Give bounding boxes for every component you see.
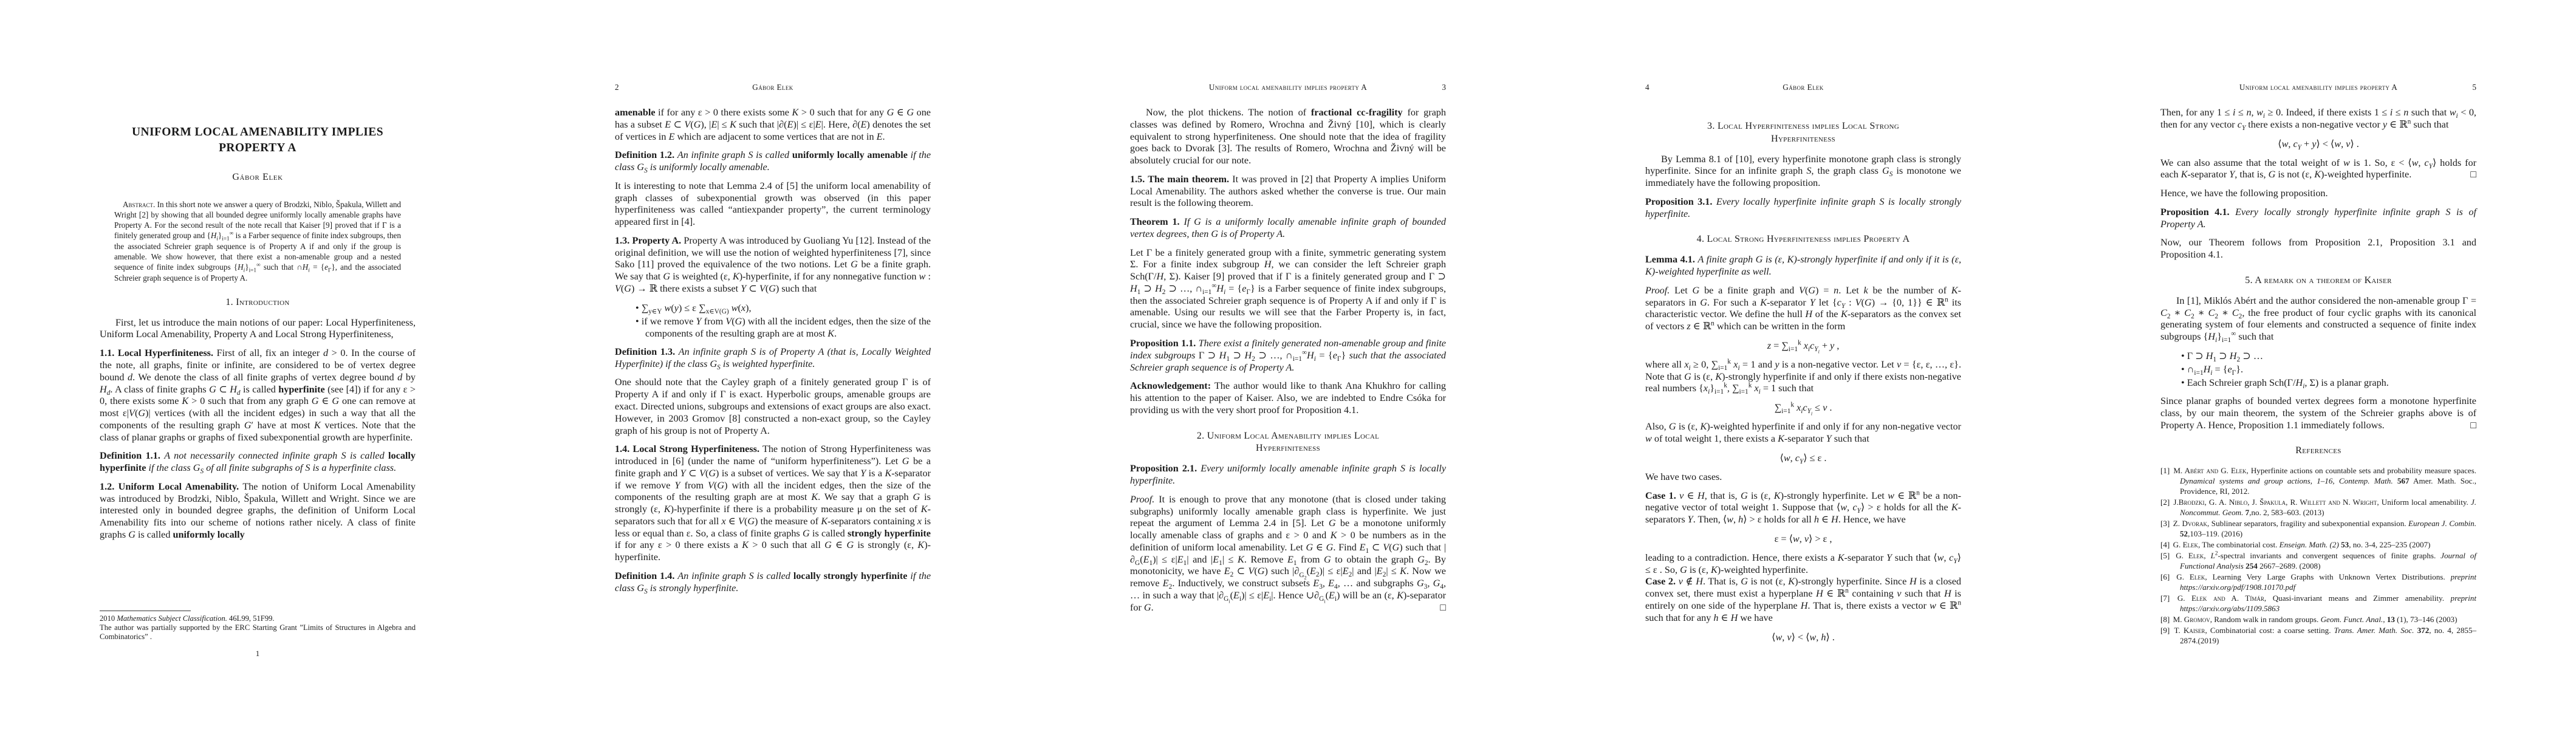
footnote: 2010 Mathematics Subject Classification.… xyxy=(100,611,416,642)
page-number xyxy=(1934,83,1961,91)
reference-label: [4] xyxy=(2160,540,2171,549)
qed-box: □ xyxy=(2470,420,2476,432)
paragraph: One should note that the Cayley graph of… xyxy=(615,377,931,437)
page-content: UNIFORM LOCAL AMENABILITY IMPLIESPROPERT… xyxy=(0,0,515,541)
page-content: 3. Local Hyperfiniteness implies Local S… xyxy=(1546,0,2061,644)
reference-label: [2] xyxy=(2160,498,2171,507)
paragraph: amenable if for any ε > 0 there exists s… xyxy=(615,107,931,143)
display-formula: ⟨w, cY + y⟩ < ⟨w, v⟩ . xyxy=(2160,138,2476,151)
paragraph: leading to a contradiction. Hence, there… xyxy=(1645,552,1961,625)
page-number: 2 xyxy=(615,83,642,91)
reference-item: [8] M. Gromov, Random walk in random gro… xyxy=(2160,614,2476,625)
reference-label: [8] xyxy=(2160,615,2171,624)
reference-label: [6] xyxy=(2160,572,2171,581)
reference-item: [6] G. Elek, Learning Very Large Graphs … xyxy=(2160,572,2476,592)
section-heading: 1. Introduction xyxy=(100,296,416,309)
paragraph: 1.5. The main theorem. It was proved in … xyxy=(1130,174,1446,210)
page-number: 5 xyxy=(2450,83,2476,91)
page-content: Then, for any 1 ≤ i ≤ n, wi ≥ 0. Indeed,… xyxy=(2061,0,2576,646)
page-number: 3 xyxy=(1419,83,1446,91)
bullet-list: ∑y∈Y w(y) ≤ ε ∑x∈V(G) w(x),if we remove … xyxy=(635,302,931,340)
paragraph: Lemma 4.1. A finite graph G is (ε, K)-st… xyxy=(1645,254,1961,278)
page-1: UNIFORM LOCAL AMENABILITY IMPLIESPROPERT… xyxy=(0,0,515,729)
paragraph: It is interesting to note that Lemma 2.4… xyxy=(615,180,931,228)
list-item: Each Schreier graph Sch(Γ/Hi, Σ) is a pl… xyxy=(2181,377,2476,389)
list-item: if we remove Y from V(G) with all the in… xyxy=(635,315,931,340)
paragraph: Definition 1.2. An infinite graph S is c… xyxy=(615,149,931,174)
paragraph: Proposition 3.1. Every locally hyperfini… xyxy=(1645,196,1961,221)
page-header: 2Gábor Elek xyxy=(615,83,931,91)
abstract: Abstract. In this short note we answer a… xyxy=(114,199,401,283)
display-formula: z = ∑i=1k xicYi + y , xyxy=(1645,340,1961,352)
paragraph: We have two cases. xyxy=(1645,471,1961,484)
page-header: 4Gábor Elek xyxy=(1645,83,1961,91)
page-3: Uniform local amenability implies proper… xyxy=(1030,0,1546,729)
reference-label: [9] xyxy=(2160,626,2171,635)
page-number xyxy=(904,83,931,91)
page-number-bottom: 1 xyxy=(0,649,515,659)
page-number xyxy=(1130,83,1157,91)
reference-item: [3] Z. Dvorak, Sublinear separators, fra… xyxy=(2160,518,2476,539)
page-2: 2Gábor Elekamenable if for any ε > 0 the… xyxy=(515,0,1030,729)
paragraph: Theorem 1. If G is a uniformly locally a… xyxy=(1130,216,1446,241)
paragraph: Proof. Let G be a finite graph and V(G) … xyxy=(1645,285,1961,333)
paragraph: 1.4. Local Strong Hyperfiniteness. The n… xyxy=(615,443,931,564)
paper-multipage-view: { "watermark": "arXiv:1912.00806v3 [math… xyxy=(0,0,2576,729)
qed-box: □ xyxy=(2470,169,2476,181)
paragraph: 1.1. Local Hyperfiniteness. First of all… xyxy=(100,347,416,443)
paragraph: Case 1. v ∈ H, that is, G is (ε, K)-stro… xyxy=(1645,490,1961,526)
paragraph: Now, our Theorem follows from Propositio… xyxy=(2160,237,2476,261)
display-formula: ⟨w, cY⟩ ≤ ε . xyxy=(1645,452,1961,465)
reference-item: [7] G. Elek and A. Tímár, Quasi-invarian… xyxy=(2160,593,2476,614)
paragraph: In [1], Miklós Abért and the author cons… xyxy=(2160,295,2476,343)
reference-label: [7] xyxy=(2160,594,2171,603)
reference-item: [5] G. Elek, L2-spectral invariants and … xyxy=(2160,550,2476,571)
paragraph: 1.2. Uniform Local Amenability. The noti… xyxy=(100,481,416,541)
page-4: 4Gábor Elek3. Local Hyperfiniteness impl… xyxy=(1546,0,2061,729)
paragraph: where all xi ≥ 0, ∑i=1k xi = 1 and y is … xyxy=(1645,359,1961,395)
paragraph: Since planar graphs of bounded vertex de… xyxy=(2160,395,2476,431)
reference-item: [9] T. Kaiser, Combinatorial cost: a coa… xyxy=(2160,625,2476,646)
page-header: Uniform local amenability implies proper… xyxy=(2160,83,2476,91)
paper-title: UNIFORM LOCAL AMENABILITY IMPLIESPROPERT… xyxy=(100,125,416,157)
running-head: Gábor Elek xyxy=(642,83,904,91)
running-head: Gábor Elek xyxy=(1672,83,1934,91)
list-item: ∩i=1Hi = {eΓ}. xyxy=(2181,363,2476,375)
display-formula: ∑i=1k xicYi ≤ v . xyxy=(1645,402,1961,414)
author-name: Gábor Elek xyxy=(100,172,416,183)
page-header: Uniform local amenability implies proper… xyxy=(1130,83,1446,91)
running-head: Uniform local amenability implies proper… xyxy=(1157,83,1419,91)
section-heading: 3. Local Hyperfiniteness implies Local S… xyxy=(1645,120,1961,146)
paragraph: We can also assume that the total weight… xyxy=(2160,157,2476,182)
reference-label: [5] xyxy=(2160,551,2171,560)
paragraph: Also, G is (ε, K)-weighted hyperfinite i… xyxy=(1645,421,1961,445)
display-formula: ⟨w, v⟩ < ⟨w, h⟩ . xyxy=(1645,631,1961,644)
paragraph: Acknowledgement: The author would like t… xyxy=(1130,380,1446,416)
paragraph: Definition 1.1. A not necessarily connec… xyxy=(100,450,416,474)
running-head: Uniform local amenability implies proper… xyxy=(2187,83,2450,91)
reference-item: [4] G. Elek, The combinatorial cost. Ens… xyxy=(2160,539,2476,550)
reference-label: [3] xyxy=(2160,519,2171,528)
page-number xyxy=(2160,83,2187,91)
paragraph: Proposition 1.1. There exist a finitely … xyxy=(1130,338,1446,374)
page-number: 4 xyxy=(1645,83,1672,91)
paragraph: By Lemma 8.1 of [10], every hyperfinite … xyxy=(1645,154,1961,190)
paragraph: Definition 1.4. An infinite graph S is c… xyxy=(615,570,931,595)
paragraph: First, let us introduce the main notions… xyxy=(100,317,416,341)
list-item: ∑y∈Y w(y) ≤ ε ∑x∈V(G) w(x), xyxy=(635,302,931,314)
paragraph: Now, the plot thickens. The notion of fr… xyxy=(1130,107,1446,167)
section-heading: 5. A remark on a theorem of Kaiser xyxy=(2160,275,2476,287)
paragraph: Let Γ be a finitely generated group with… xyxy=(1130,247,1446,331)
reference-label: [1] xyxy=(2160,466,2171,475)
paragraph: Definition 1.3. An infinite graph S is o… xyxy=(615,346,931,371)
reference-item: [2] J.Brodzki, G. A. Niblo, J. Špakula, … xyxy=(2160,497,2476,518)
page-content: Now, the plot thickens. The notion of fr… xyxy=(1030,0,1546,614)
paragraph: 1.3. Property A. Property A was introduc… xyxy=(615,235,931,295)
paragraph: Proof. It is enough to prove that any mo… xyxy=(1130,494,1446,614)
page-5: Uniform local amenability implies proper… xyxy=(2061,0,2576,729)
section-heading: 4. Local Strong Hyperfiniteness implies … xyxy=(1645,233,1961,246)
reference-item: [1] M. Abért and G. Elek, Hyperfinite ac… xyxy=(2160,465,2476,496)
paragraph: Proposition 4.1. Every locally strongly … xyxy=(2160,207,2476,231)
display-formula: ε = ⟨w, v⟩ > ε , xyxy=(1645,533,1961,546)
paragraph: Proposition 2.1. Every uniformly locally… xyxy=(1130,463,1446,487)
section-heading: 2. Uniform Local Amenability implies Loc… xyxy=(1130,430,1446,456)
paragraph: Hence, we have the following proposition… xyxy=(2160,188,2476,200)
references-list: [1] M. Abért and G. Elek, Hyperfinite ac… xyxy=(2160,465,2476,646)
paragraph: Then, for any 1 ≤ i ≤ n, wi ≥ 0. Indeed,… xyxy=(2160,107,2476,131)
section-heading: References xyxy=(2160,445,2476,457)
list-item: Γ ⊃ H1 ⊃ H2 ⊃ … xyxy=(2181,350,2476,362)
qed-box: □ xyxy=(1440,602,1446,614)
bullet-list: Γ ⊃ H1 ⊃ H2 ⊃ …∩i=1Hi = {eΓ}.Each Schrei… xyxy=(2181,350,2476,389)
